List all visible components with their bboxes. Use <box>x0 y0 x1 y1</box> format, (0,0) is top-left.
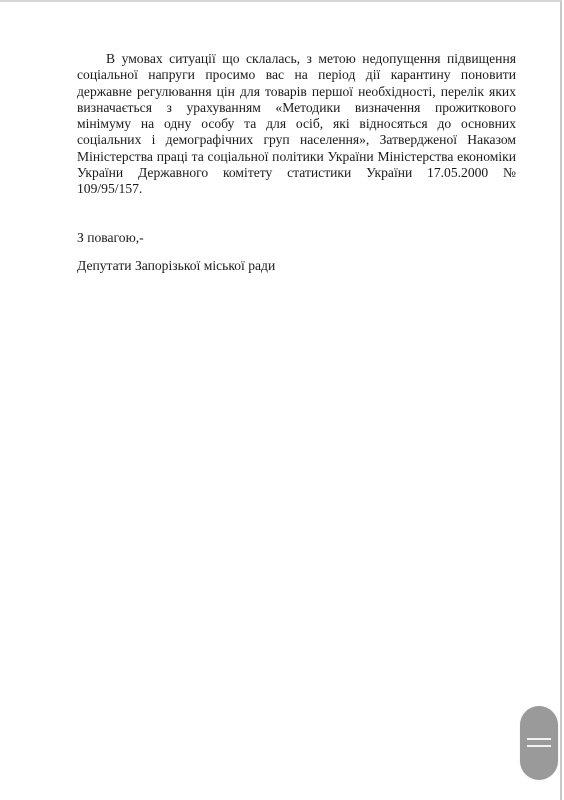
document-page: В умовах ситуації що склалась, з метою н… <box>0 0 562 800</box>
body-paragraph: В умовах ситуації що склалась, з метою н… <box>77 51 516 198</box>
fast-scroll-handle[interactable] <box>520 706 558 780</box>
signature-line: Депутати Запорізької міської ради <box>77 258 275 274</box>
scroll-handle-grip-icon <box>527 738 551 740</box>
closing-line: З повагою,- <box>77 230 144 246</box>
scroll-handle-grip-icon <box>527 745 551 747</box>
